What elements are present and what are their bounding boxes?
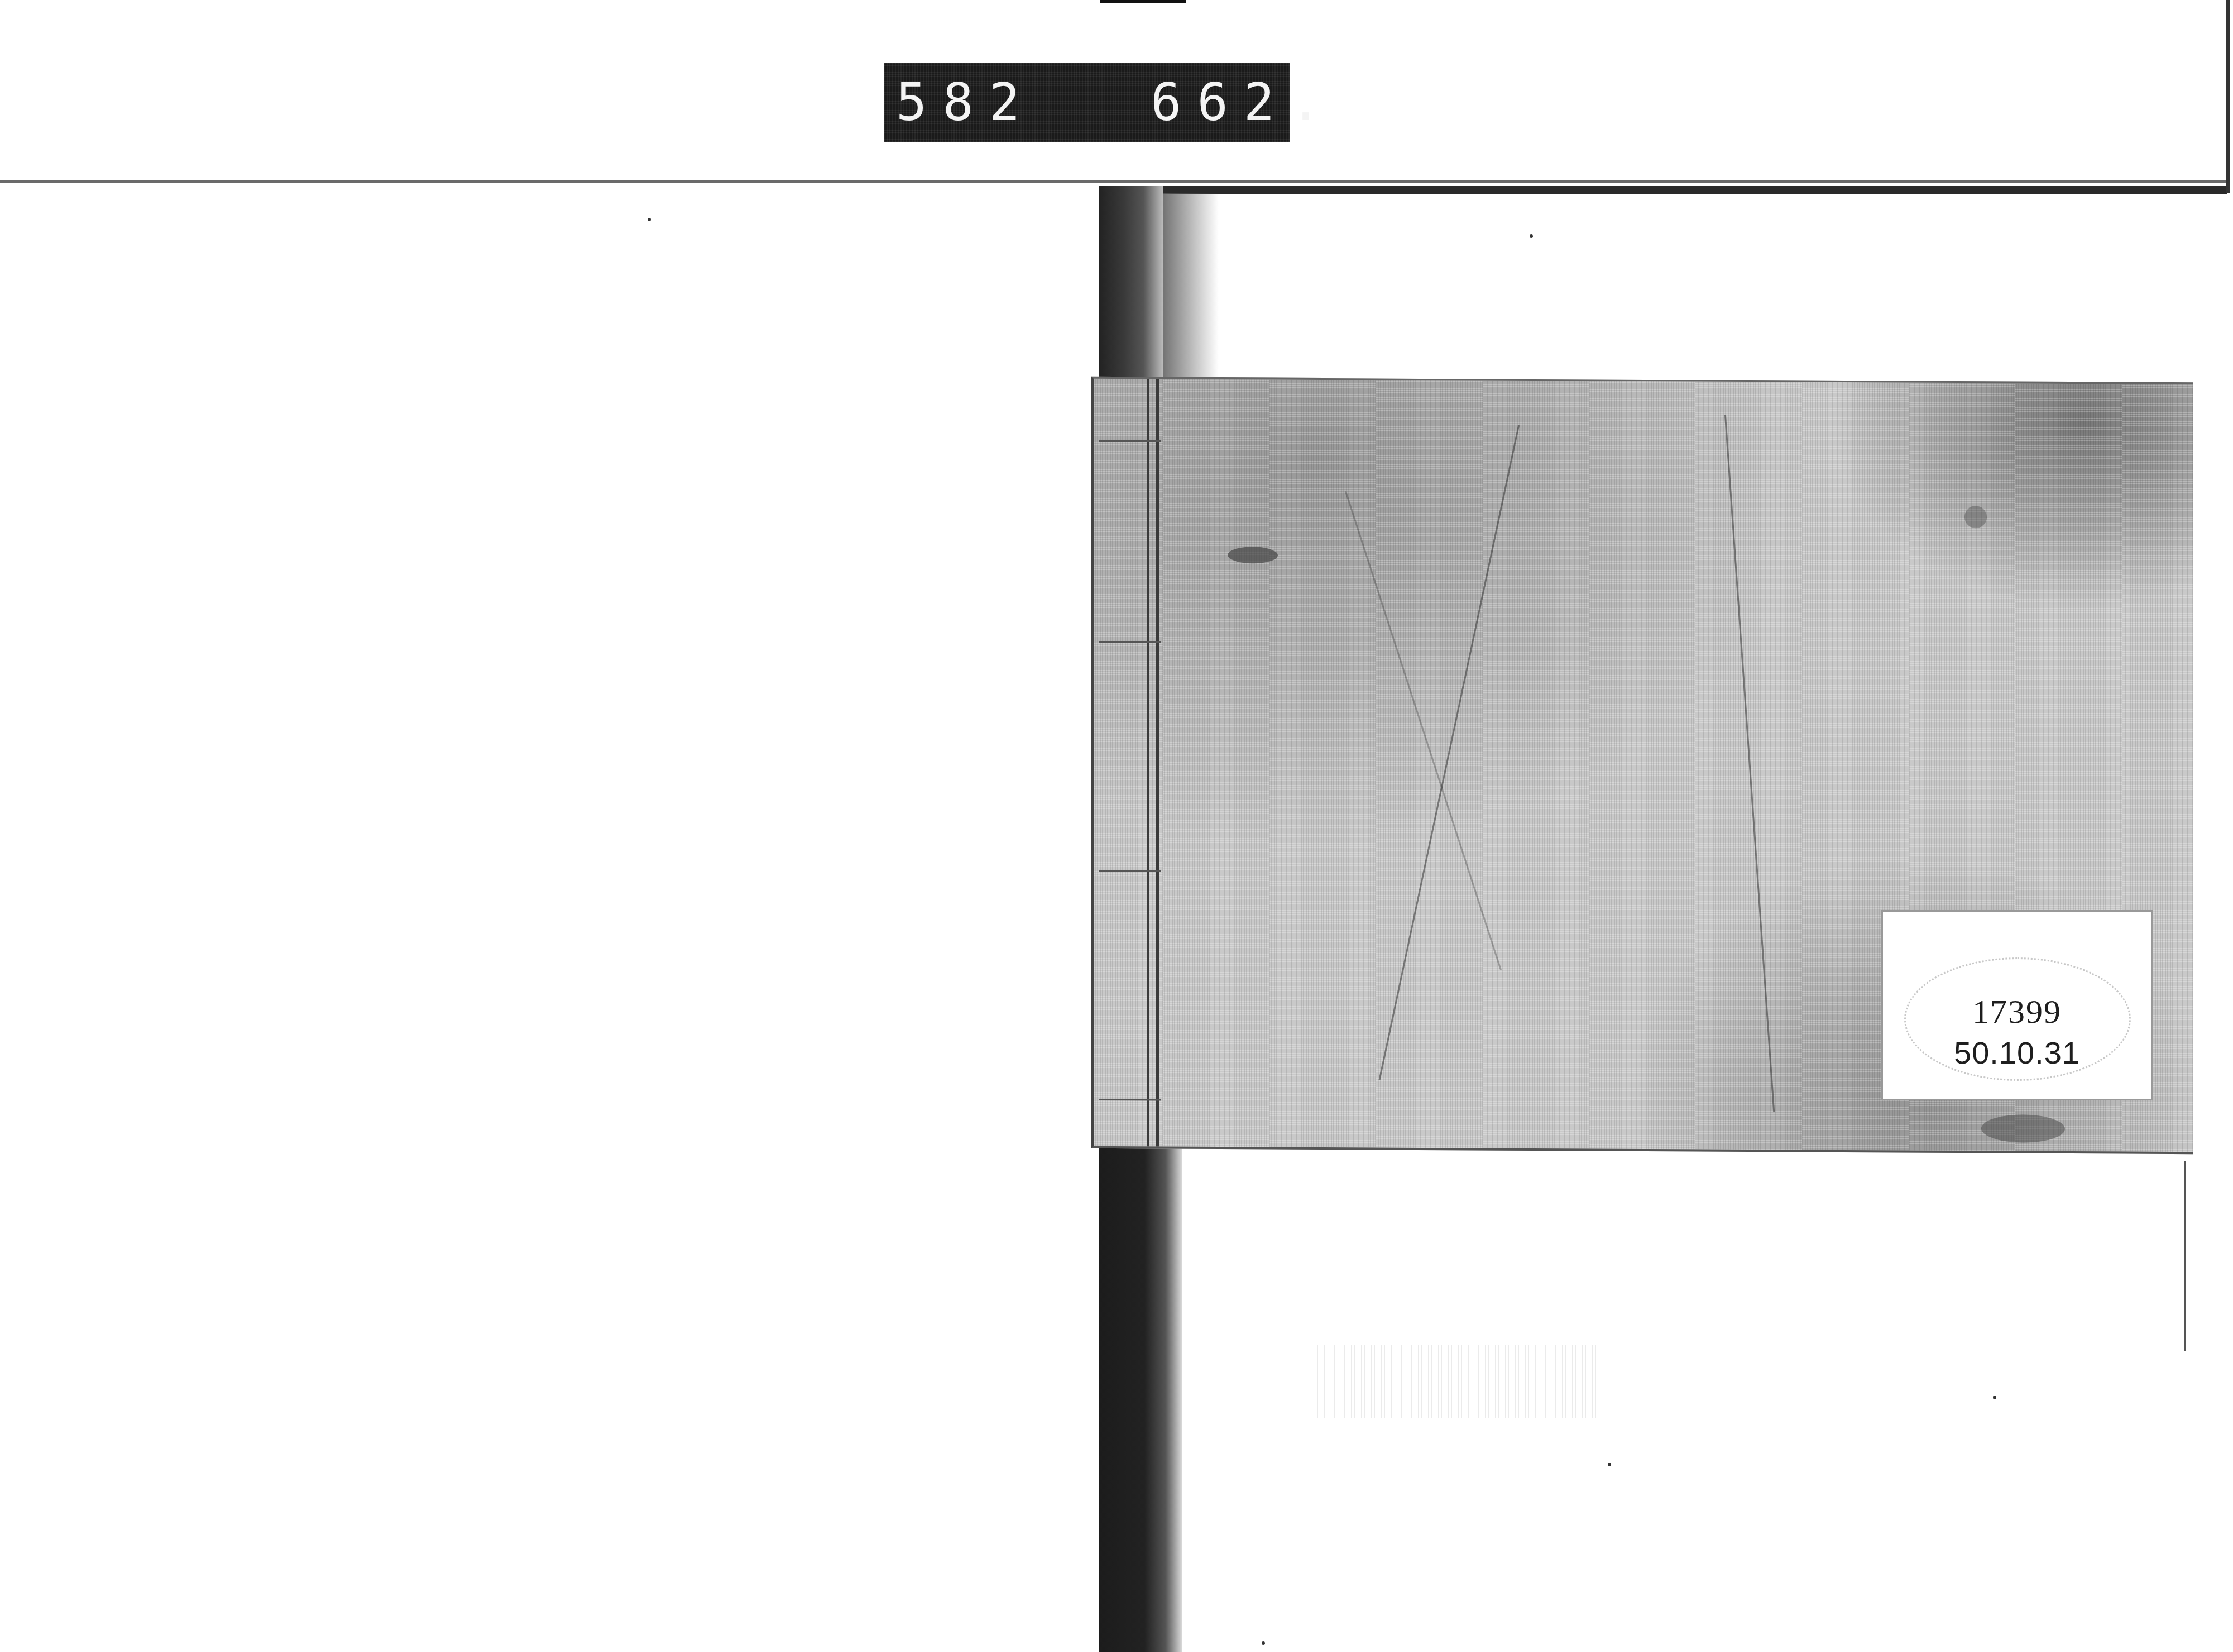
binding-stitch xyxy=(1099,641,1161,643)
book-spine-top xyxy=(1099,186,1163,387)
frame-counter-right: 662. xyxy=(1151,73,1337,132)
cover-crease xyxy=(1345,491,1502,970)
library-label: 17399 50.10.31 xyxy=(1881,910,2153,1100)
frame-divider-line xyxy=(0,180,2227,183)
binding-line xyxy=(1147,379,1149,1146)
scan-speck xyxy=(1608,1463,1611,1466)
binding-stitch xyxy=(1099,440,1161,442)
cover-crease xyxy=(1379,425,1520,1080)
cover-stain xyxy=(1964,506,1987,528)
binding-stitch xyxy=(1099,1099,1161,1101)
scan-noise xyxy=(1317,1345,1597,1418)
frame-divider-line-dark xyxy=(1161,186,2227,194)
book-spine-top-shadow xyxy=(1163,193,1219,377)
cover-crease xyxy=(1724,415,1775,1112)
scan-speck xyxy=(1993,1396,1996,1399)
frame-counter: 582 662. xyxy=(884,63,1290,142)
top-frame-tick xyxy=(1100,0,1186,3)
scan-speck xyxy=(648,218,651,221)
accession-number: 17399 xyxy=(1883,993,2151,1031)
page-edge-right xyxy=(2184,1161,2186,1351)
scan-speck xyxy=(1530,234,1533,238)
frame-counter-left: 582 xyxy=(896,73,1036,132)
binding-stitch xyxy=(1099,870,1161,872)
scan-speck xyxy=(1262,1641,1265,1645)
book-spine-bottom xyxy=(1099,1147,1182,1652)
cover-stain xyxy=(1981,1114,2065,1143)
binding-line xyxy=(1156,379,1159,1146)
frame-right-edge xyxy=(2226,0,2230,193)
accession-date: 50.10.31 xyxy=(1883,1035,2151,1071)
cover-stain xyxy=(1228,547,1278,563)
